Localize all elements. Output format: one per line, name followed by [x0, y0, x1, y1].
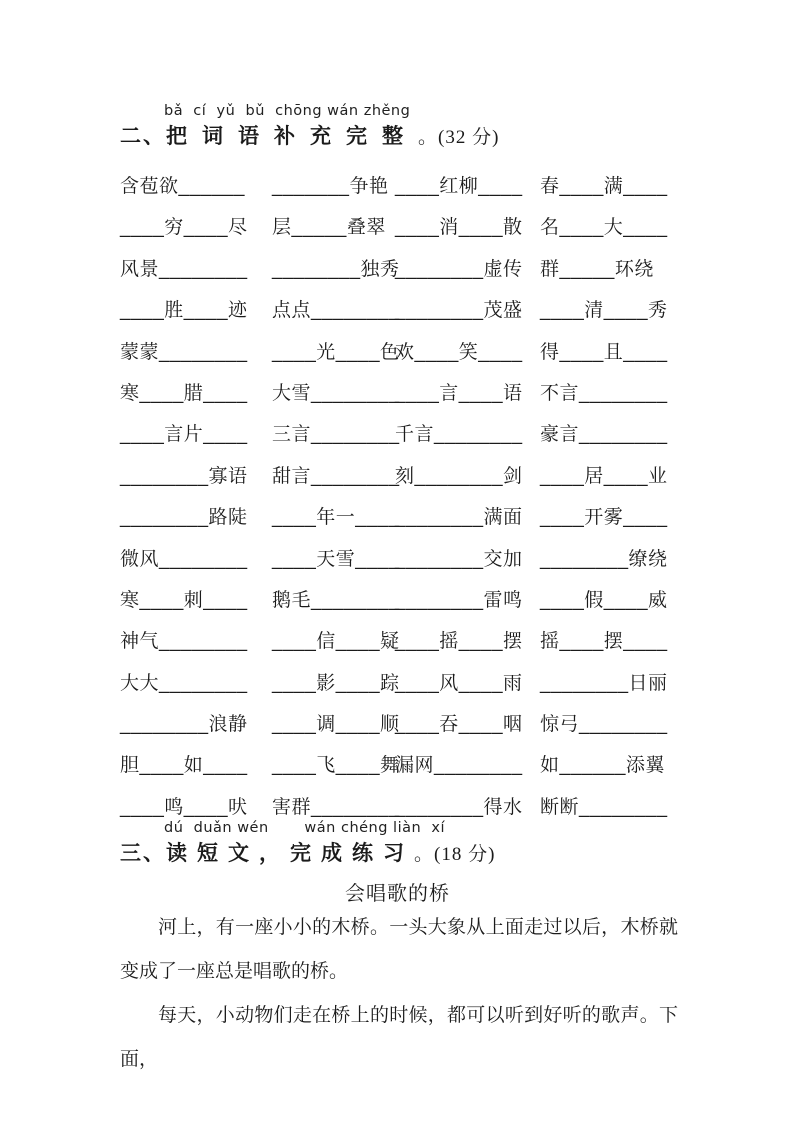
idiom-blank: ________交加 — [395, 539, 540, 580]
passage-paragraph: 每天，小动物们走在桥上的时候，都可以听到好听的歌声。下面， — [120, 994, 678, 1082]
idiom-grid: 含苞欲______ _______争艳 ____红柳____ 春____满___… — [120, 166, 675, 829]
idiom-blank: 大大________ — [120, 663, 272, 704]
idiom-blank: ____飞____舞 — [272, 745, 395, 786]
section-three-header: dú duǎn wén wán chéng liàn xí 三、读短文，完成练习… — [120, 820, 680, 867]
idiom-blank: 风景________ — [120, 249, 272, 290]
passage-title: 会唱歌的桥 — [120, 877, 675, 906]
section-three-title: 读短文，完成练习 — [166, 842, 414, 865]
idiom-blank: ____光____色 — [272, 332, 395, 373]
idiom-blank: ________茂盛 — [395, 290, 540, 331]
idiom-blank: 得____且____ — [540, 332, 675, 373]
idiom-blank: 摇____摆____ — [540, 621, 675, 662]
reading-passage: 河上，有一座小小的木桥。一头大象从上面走过以后，木桥就变成了一座总是唱歌的桥。 … — [120, 906, 678, 1082]
worksheet-page: bǎ cí yǔ bǔ chōng wán zhěng 二、把词语补充完整。(3… — [0, 0, 793, 1122]
idiom-blank: ____红柳____ — [395, 166, 540, 207]
idiom-blank: 胆____如____ — [120, 745, 272, 786]
idiom-blank: ________浪静 — [120, 704, 272, 745]
idiom-blank: ____言片____ — [120, 414, 272, 455]
idiom-blank: ____穷____尽 — [120, 207, 272, 248]
idiom-blank: ____言____语 — [395, 373, 540, 414]
section-three-pinyin: dú duǎn wén wán chéng liàn xí — [164, 820, 680, 836]
idiom-blank: 神气________ — [120, 621, 272, 662]
section-two-header: bǎ cí yǔ bǔ chōng wán zhěng 二、把词语补充完整。(3… — [120, 103, 680, 150]
idiom-blank: ________满面 — [395, 497, 540, 538]
passage-paragraph: 河上，有一座小小的木桥。一头大象从上面走过以后，木桥就变成了一座总是唱歌的桥。 — [120, 906, 678, 994]
idiom-blank: ____居____业 — [540, 456, 675, 497]
idiom-blank: ________路陡 — [120, 497, 272, 538]
idiom-blank: 刻________剑 — [395, 456, 540, 497]
idiom-blank: 含苞欲______ — [120, 166, 272, 207]
idiom-blank: 层_____叠翠 — [272, 207, 395, 248]
idiom-blank: ____天雪____ — [272, 539, 395, 580]
idiom-blank: ________缭绕 — [540, 539, 675, 580]
section-two-title: 把词语补充完整 — [166, 125, 418, 148]
idiom-blank: ____消____散 — [395, 207, 540, 248]
section-three-heading: 三、读短文，完成练习。(18 分) — [120, 837, 680, 867]
section-two-number: 二、 — [120, 125, 166, 148]
idiom-blank: ________日丽 — [540, 663, 675, 704]
idiom-blank: 微风________ — [120, 539, 272, 580]
idiom-blank: 豪言________ — [540, 414, 675, 455]
idiom-blank: 寒____刺____ — [120, 580, 272, 621]
idiom-blank: 寒____腊____ — [120, 373, 272, 414]
idiom-blank: ____影____踪 — [272, 663, 395, 704]
idiom-blank: 漏网________ — [395, 745, 540, 786]
idiom-blank: ____风____雨 — [395, 663, 540, 704]
idiom-blank: ________虚传 — [395, 249, 540, 290]
idiom-blank: ____信____疑 — [272, 621, 395, 662]
idiom-blank: 甜言________ — [272, 456, 395, 497]
idiom-blank: 蒙蒙________ — [120, 332, 272, 373]
idiom-blank: _______争艳 — [272, 166, 395, 207]
idiom-blank: ____摇____摆 — [395, 621, 540, 662]
idiom-blank: 欢____笑____ — [395, 332, 540, 373]
idiom-blank: 群_____环绕 — [540, 249, 675, 290]
idiom-blank: 千言________ — [395, 414, 540, 455]
idiom-blank: ________寡语 — [120, 456, 272, 497]
idiom-blank: 名____大____ — [540, 207, 675, 248]
idiom-blank: ________独秀 — [272, 249, 395, 290]
idiom-blank: ____开雾____ — [540, 497, 675, 538]
idiom-blank: 春____满____ — [540, 166, 675, 207]
idiom-blank: ____年一____ — [272, 497, 395, 538]
section-two-pinyin: bǎ cí yǔ bǔ chōng wán zhěng — [164, 103, 680, 119]
idiom-blank: 惊弓________ — [540, 704, 675, 745]
idiom-blank: ____清____秀 — [540, 290, 675, 331]
idiom-blank: 三言________ — [272, 414, 395, 455]
section-three-score: 。(18 分) — [414, 844, 495, 865]
idiom-blank: ____调____顺 — [272, 704, 395, 745]
idiom-blank: 鹅毛________ — [272, 580, 395, 621]
idiom-blank: ____吞____咽 — [395, 704, 540, 745]
idiom-blank: 点点________ — [272, 290, 395, 331]
idiom-blank: 不言________ — [540, 373, 675, 414]
section-three-number: 三、 — [120, 842, 166, 865]
idiom-blank: 大雪________ — [272, 373, 395, 414]
section-two-score: 。(32 分) — [418, 127, 499, 148]
idiom-blank: 如______添翼 — [540, 745, 675, 786]
idiom-blank: ____胜____迹 — [120, 290, 272, 331]
idiom-blank: ____假____威 — [540, 580, 675, 621]
idiom-blank: ________雷鸣 — [395, 580, 540, 621]
section-two-heading: 二、把词语补充完整。(32 分) — [120, 120, 680, 150]
